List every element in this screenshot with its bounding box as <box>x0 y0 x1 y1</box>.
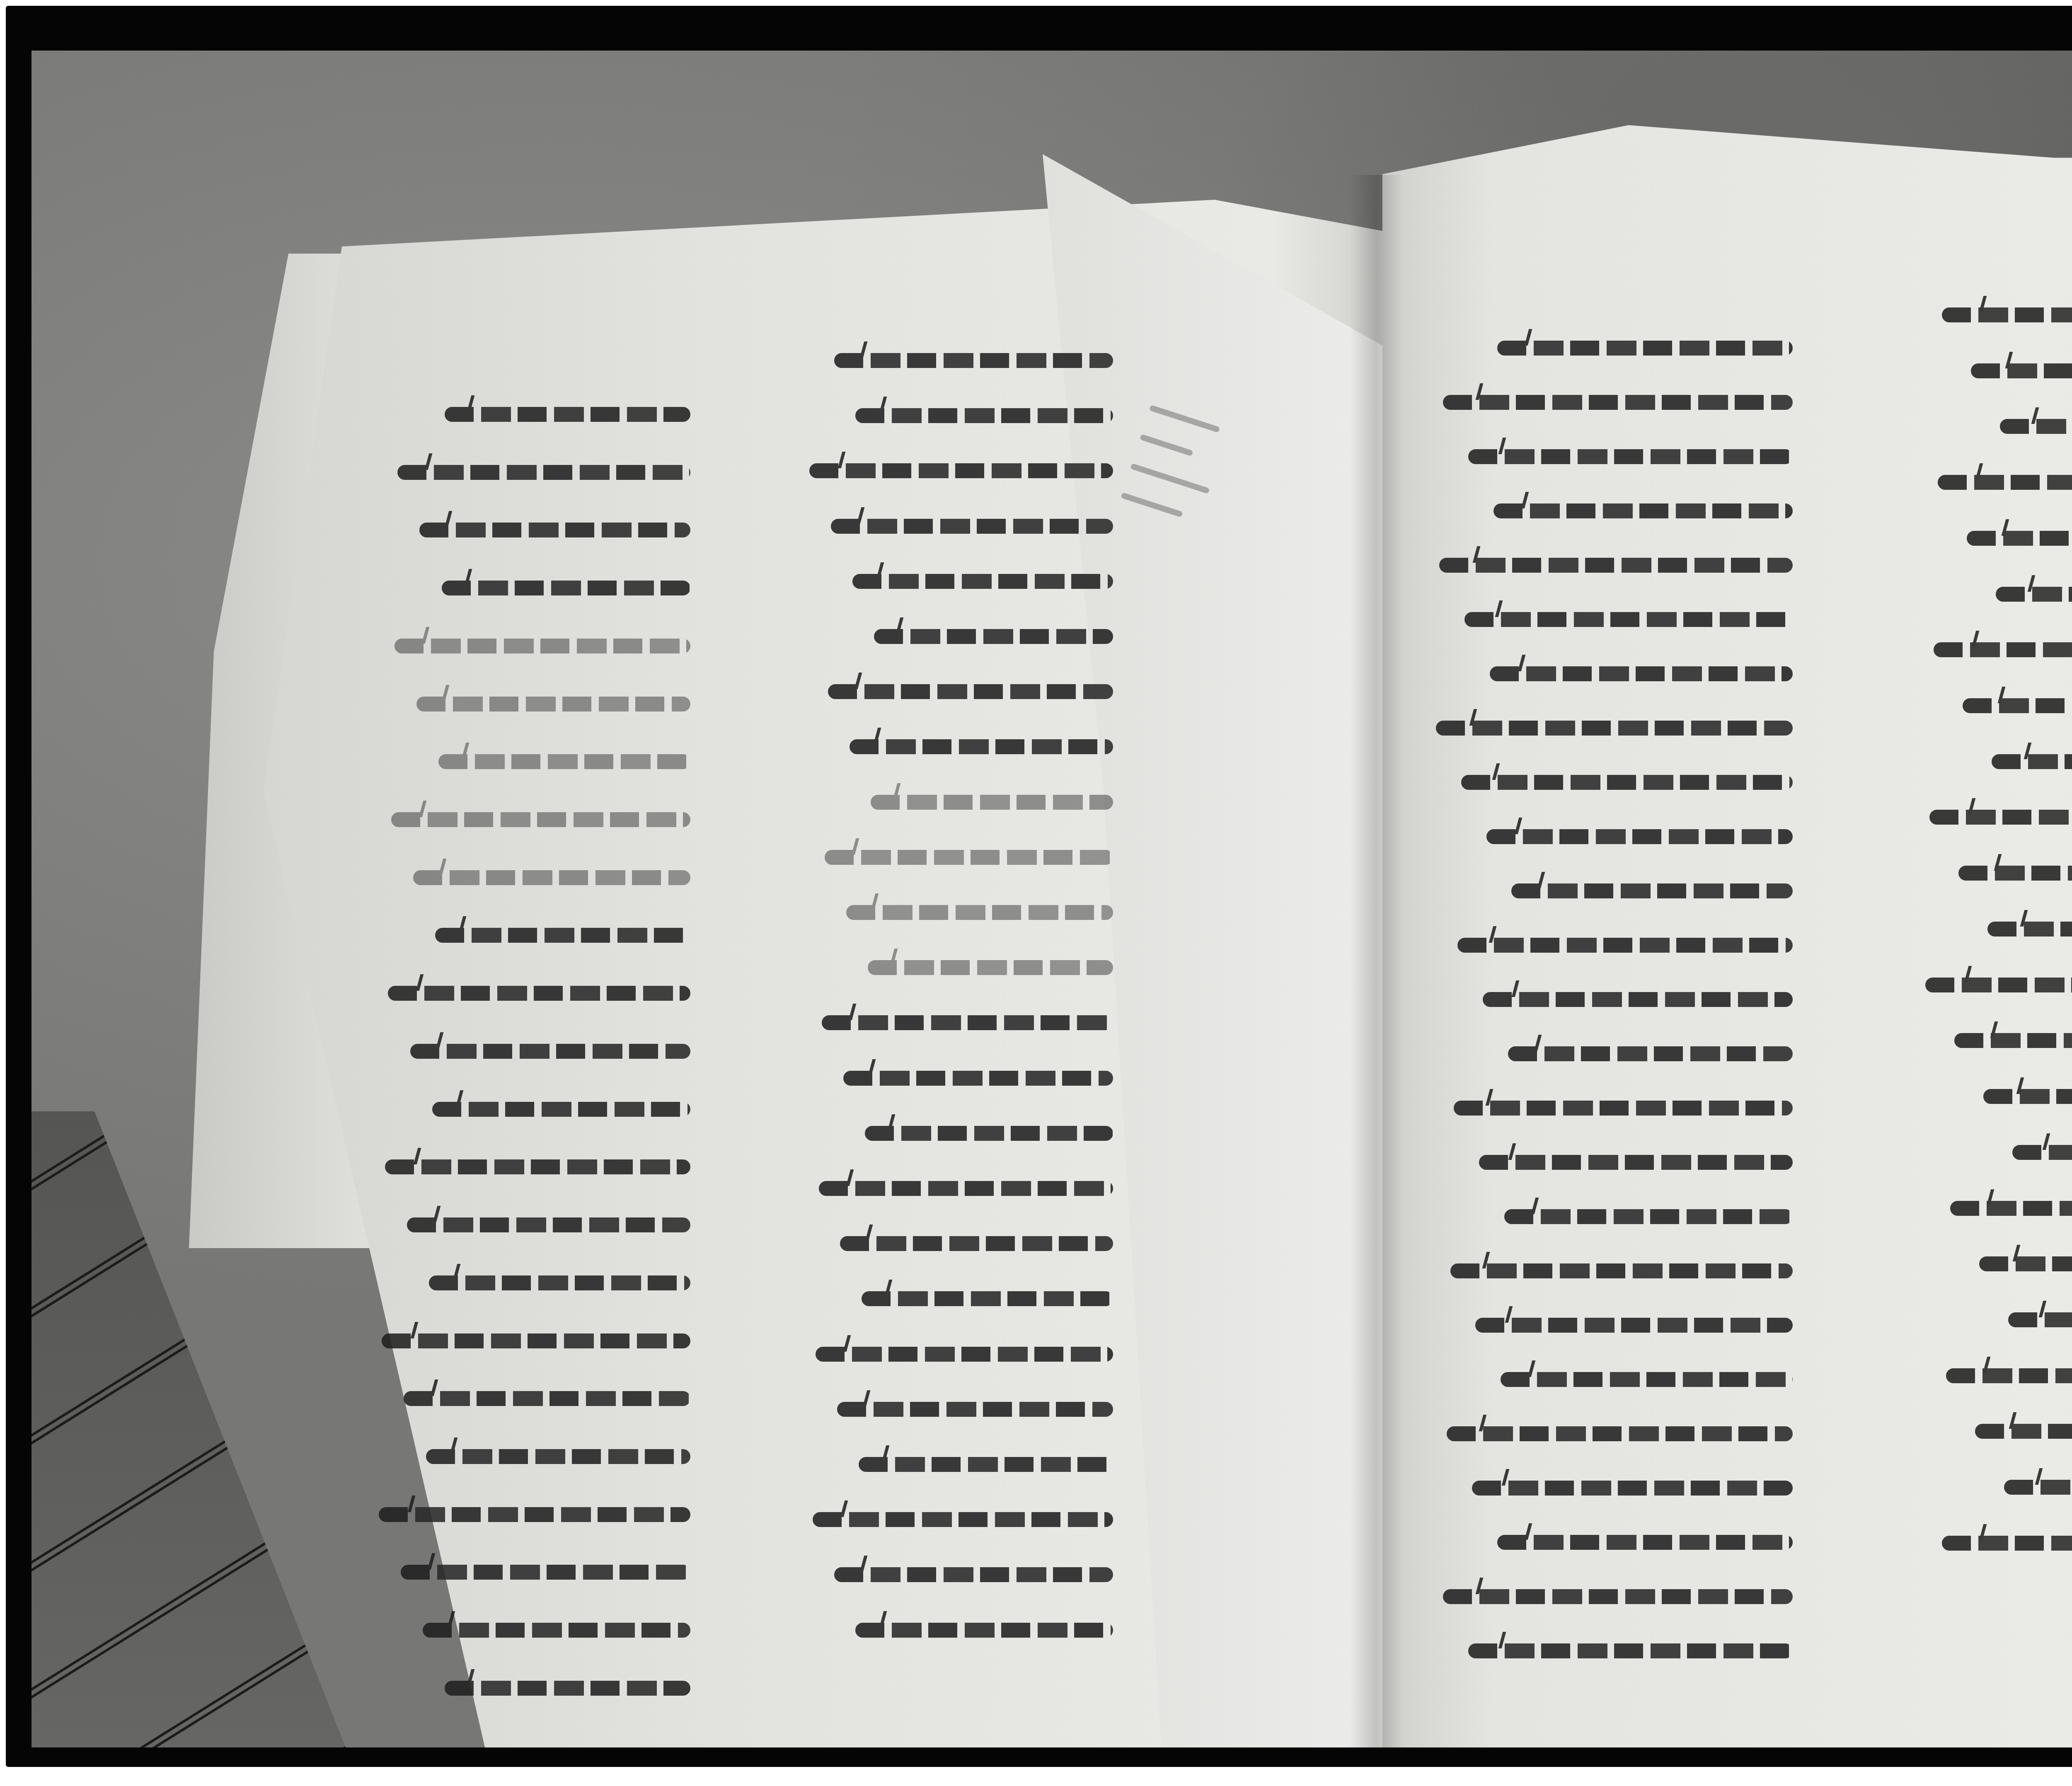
script-line <box>850 739 1113 754</box>
script-line <box>1493 503 1793 518</box>
script-line <box>410 1044 690 1059</box>
script-line <box>1958 866 2072 881</box>
script-line <box>825 850 1113 865</box>
text-column-4 <box>1921 307 2072 1551</box>
script-line <box>834 353 1113 368</box>
script-line <box>423 1623 690 1638</box>
script-line <box>1468 449 1793 464</box>
script-line <box>429 1275 690 1290</box>
script-line <box>1954 1033 2072 1048</box>
script-line <box>2004 1480 2072 1495</box>
script-line <box>855 1623 1113 1638</box>
script-line <box>813 1512 1113 1527</box>
script-line <box>1511 883 1793 898</box>
script-line <box>401 1565 690 1580</box>
script-line <box>822 1015 1113 1030</box>
script-line <box>837 1402 1113 1417</box>
script-line <box>432 1102 690 1117</box>
script-line <box>859 1457 1113 1472</box>
script-line <box>1504 1209 1793 1224</box>
script-line <box>1938 475 2072 490</box>
script-line <box>445 407 690 422</box>
film-frame <box>6 6 2072 1767</box>
script-line <box>397 465 690 480</box>
script-line <box>1946 1368 2072 1383</box>
script-line <box>1479 1155 1793 1170</box>
script-line <box>816 1347 1113 1362</box>
script-line <box>1457 938 1793 953</box>
script-line <box>1497 341 1793 356</box>
script-line <box>868 960 1113 975</box>
script-line <box>1472 1481 1793 1496</box>
script-line <box>1461 775 1793 790</box>
script-line <box>442 581 690 595</box>
script-line <box>395 639 690 653</box>
script-line <box>834 1567 1113 1582</box>
script-line <box>438 754 690 769</box>
script-line <box>1486 829 1793 844</box>
script-line <box>435 928 690 943</box>
script-line <box>1468 1643 1793 1658</box>
script-line <box>855 408 1113 423</box>
script-line <box>874 629 1113 644</box>
script-line <box>388 986 690 1001</box>
script-line <box>840 1236 1113 1251</box>
script-line <box>1987 922 2072 937</box>
script-line <box>1934 642 2072 657</box>
script-line <box>1983 1089 2072 1104</box>
script-line <box>419 523 690 537</box>
script-line <box>1508 1046 1793 1061</box>
script-line <box>1992 754 2072 769</box>
script-line <box>862 1291 1113 1306</box>
script-line <box>819 1181 1113 1196</box>
script-line <box>871 795 1113 810</box>
script-line <box>846 905 1113 920</box>
script-line <box>1501 1372 1793 1387</box>
script-line <box>1971 363 2072 378</box>
script-line <box>843 1071 1113 1086</box>
script-line <box>1979 1256 2072 1271</box>
script-line <box>1450 1263 1793 1278</box>
script-line <box>865 1126 1113 1141</box>
script-line <box>445 1681 690 1696</box>
script-line <box>407 1217 690 1232</box>
script-line <box>1483 992 1793 1007</box>
script-line <box>1447 1426 1793 1441</box>
script-line <box>1439 558 1793 573</box>
script-line <box>1975 1424 2072 1439</box>
book-gutter <box>1349 175 1403 1747</box>
script-line <box>379 1507 690 1522</box>
script-line <box>1443 395 1793 410</box>
text-column-2 <box>806 353 1113 1638</box>
script-line <box>2000 419 2072 434</box>
script-line <box>1490 666 1793 681</box>
script-line <box>382 1333 690 1348</box>
script-line <box>385 1159 690 1174</box>
script-line <box>2008 1312 2072 1327</box>
script-line <box>1475 1318 1793 1333</box>
script-line <box>1925 978 2072 992</box>
script-line <box>1929 810 2072 825</box>
script-line <box>1963 698 2072 713</box>
script-line <box>2012 1145 2072 1160</box>
script-line <box>1454 1101 1793 1116</box>
script-line <box>1497 1535 1793 1550</box>
script-line <box>1464 612 1793 627</box>
text-column-1 <box>375 407 690 1696</box>
script-line <box>1950 1201 2072 1216</box>
script-line <box>1942 1536 2072 1551</box>
script-line <box>426 1449 690 1464</box>
script-line <box>391 812 690 827</box>
script-line <box>1942 307 2072 322</box>
script-line <box>1443 1589 1793 1604</box>
script-line <box>1967 531 2072 546</box>
script-line <box>809 463 1113 478</box>
script-line <box>413 870 690 885</box>
script-line <box>852 574 1113 589</box>
script-line <box>1436 721 1793 736</box>
script-line <box>404 1391 690 1406</box>
script-line <box>828 684 1113 699</box>
script-line <box>416 697 690 711</box>
script-line <box>1996 587 2072 602</box>
text-column-3 <box>1432 341 1793 1658</box>
script-line <box>831 519 1113 534</box>
photograph <box>31 51 2072 1747</box>
